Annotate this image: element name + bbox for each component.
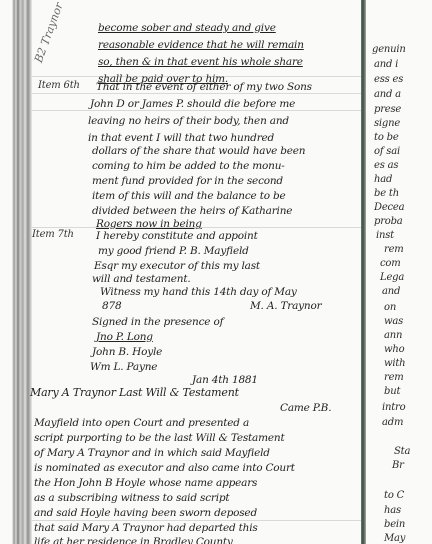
right-fragment: Decea: [374, 202, 404, 213]
right-fragment: intro: [382, 402, 405, 413]
text-line: the Hon John B Hoyle whose name appears: [34, 477, 257, 489]
right-fragment: and a: [374, 89, 401, 100]
text-line: ment fund provided for in the second: [92, 175, 283, 187]
text-line: leaving no heirs of their body, then and: [88, 115, 289, 127]
right-fragment: was: [384, 316, 403, 327]
right-fragment: Br: [392, 460, 404, 471]
text-line: as a subscribing witness to said script: [34, 492, 229, 504]
right-fragment: bein: [384, 519, 405, 530]
right-fragment: but: [384, 386, 400, 397]
text-line: and said Hoyle having been sworn deposed: [34, 507, 257, 519]
text-line: is nominated as executor and also came i…: [34, 462, 295, 474]
text-line: reasonable evidence that he will remain: [98, 39, 304, 51]
text-line: Rogers now in being: [96, 218, 202, 230]
ruled-line: [32, 110, 362, 111]
right-fragment: rem: [384, 372, 404, 383]
probate-title: Mary A Traynor Last Will & Testament: [30, 386, 239, 399]
text-line: Mayfield into open Court and presented a: [34, 417, 249, 429]
text-line: script purporting to be the last Will & …: [34, 432, 284, 444]
text-line: become sober and steady and give: [98, 22, 276, 34]
witness-name: Wm L. Payne: [90, 361, 157, 373]
right-fragment: has: [384, 505, 401, 516]
right-fragment: May: [384, 533, 405, 544]
right-fragment: who: [384, 344, 404, 355]
right-fragment: com: [380, 258, 401, 269]
ruled-line: [32, 520, 362, 521]
witness-year: 878: [102, 300, 121, 312]
signed-presence-heading: Signed in the presence of: [92, 316, 223, 328]
right-fragment: Lega: [380, 272, 404, 283]
text-line: will and testament.: [92, 273, 190, 285]
column-divider: [361, 0, 366, 544]
right-fragment: with: [384, 358, 405, 369]
text-line: so, then & in that event his whole share: [98, 56, 303, 68]
right-fragment: prese: [374, 104, 401, 115]
probate-date: Jan 4th 1881: [192, 374, 258, 386]
right-fragment: genuin: [372, 44, 406, 55]
right-fragment: to C: [384, 490, 404, 501]
right-fragment: inst: [376, 230, 394, 241]
text-line: that said Mary A Traynor had departed th…: [34, 522, 258, 534]
margin-annotation: B2 Traynor: [32, 1, 66, 65]
text-line: in that event I will that two hundred: [88, 132, 274, 144]
text-line: dollars of the share that would have bee…: [92, 145, 305, 157]
right-fragment: to be: [374, 132, 399, 143]
right-fragment: and: [382, 286, 400, 297]
right-fragment: had: [374, 174, 392, 185]
margin-annotation-line1: B2: [32, 46, 49, 65]
text-line: item of this will and the balance to be: [92, 190, 286, 202]
ruled-line: [32, 93, 362, 94]
item-6-label: Item 6th: [38, 80, 80, 91]
right-fragment: adm: [382, 417, 403, 428]
text-line: my good friend P. B. Mayfield: [98, 245, 249, 257]
right-fragment: and i: [374, 59, 398, 70]
item-7-label: Item 7th: [32, 229, 74, 240]
witness-line: Witness my hand this 14th day of May: [100, 286, 297, 298]
right-fragment: ann: [384, 330, 402, 341]
right-fragment: on: [384, 302, 396, 313]
right-fragment: proba: [374, 216, 403, 227]
margin-annotation-line2: Traynor: [38, 1, 65, 47]
text-line: of Mary A Traynor and in which said Mayf…: [34, 447, 270, 459]
text-line: That in the event of either of my two So…: [96, 81, 312, 93]
text-line: divided between the heirs of Katharine: [92, 205, 292, 217]
book-binding-strip: [12, 0, 32, 544]
right-fragment: signe: [374, 118, 400, 129]
text-line: coming to him be added to the monu-: [92, 160, 285, 172]
right-fragment: es as: [374, 160, 398, 171]
text-line: John D or James P. should die before me: [90, 98, 295, 110]
witness-name: John B. Hoyle: [92, 346, 162, 358]
text-line: I hereby constitute and appoint: [96, 230, 258, 242]
right-fragment: rem: [384, 244, 404, 255]
probate-came: Came P.B.: [280, 402, 331, 414]
testator-signature: M. A. Traynor: [250, 300, 321, 312]
witness-name: Jno P. Long: [96, 331, 153, 343]
text-line: life at her residence in Bradley County: [34, 536, 233, 544]
ledger-page: B2 Traynor become sober and steady and g…: [0, 0, 432, 544]
right-fragment: ess es: [374, 74, 403, 85]
right-fragment: of sai: [374, 146, 400, 157]
text-line: Esqr my executor of this my last: [94, 260, 260, 272]
right-fragment: be th: [374, 188, 399, 199]
right-fragment: Sta: [394, 446, 410, 457]
